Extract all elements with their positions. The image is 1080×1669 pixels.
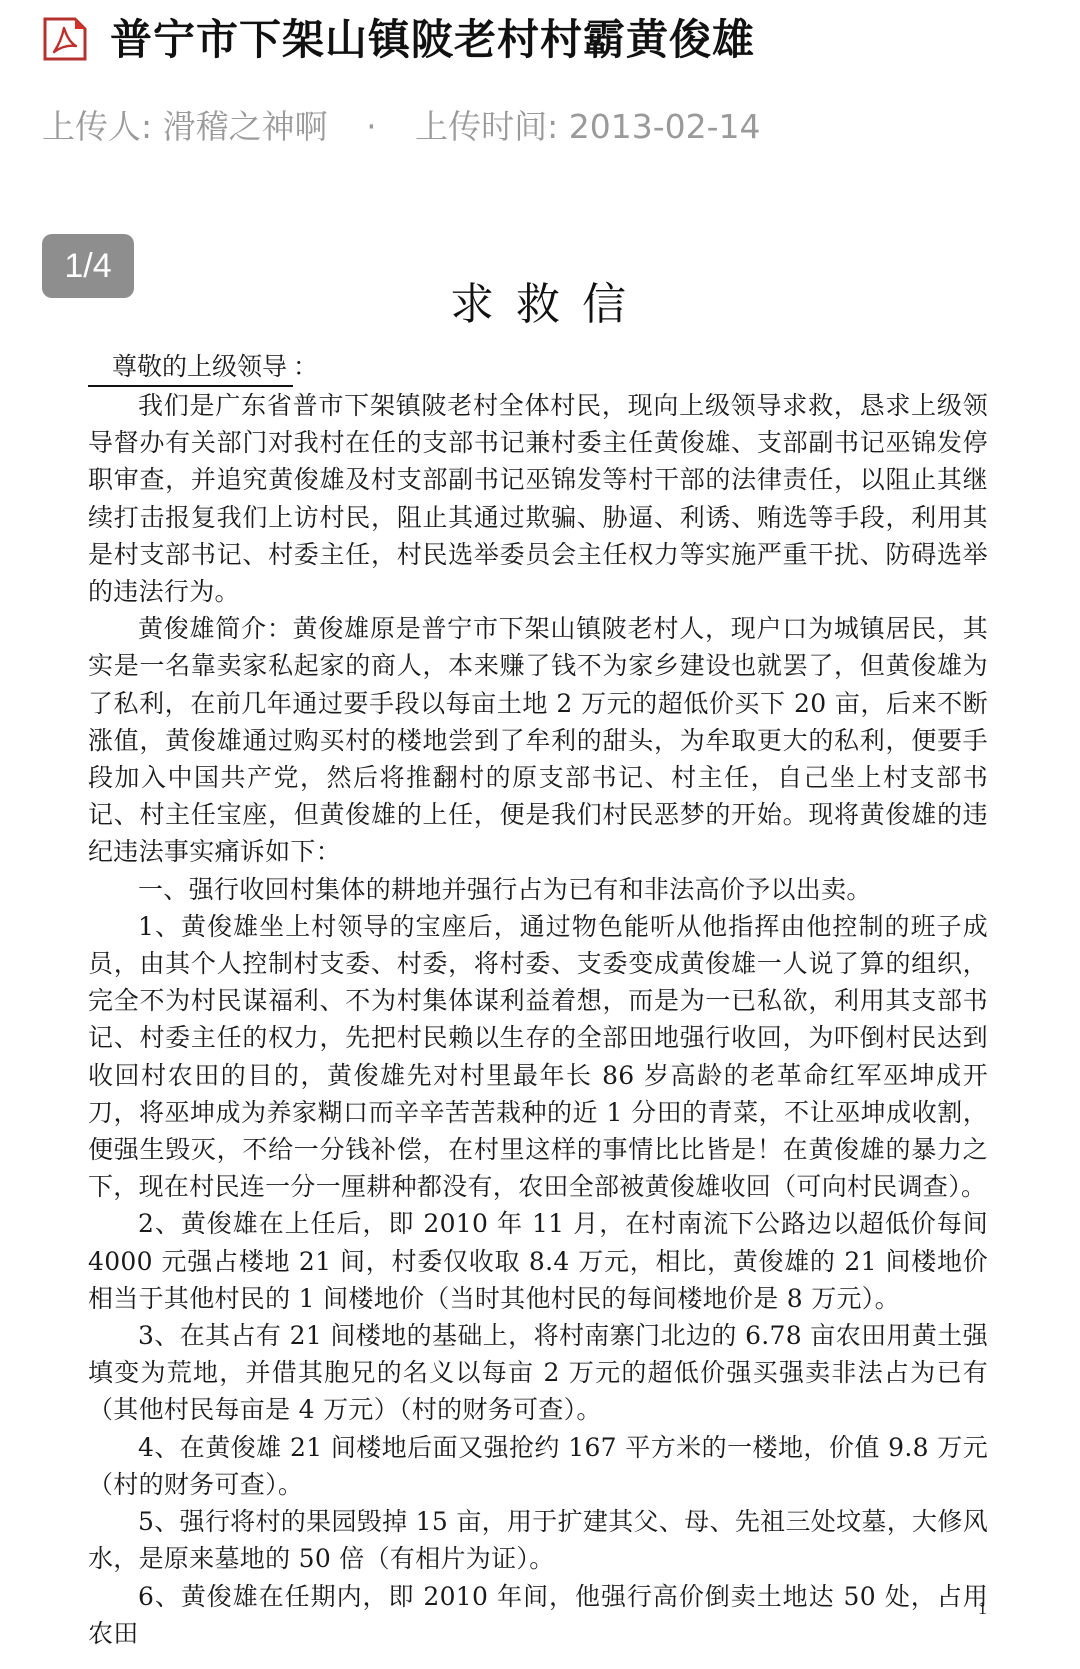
salutation: 尊敬的上级领导： [88,348,988,387]
document-title: 普宁市下架山镇陂老村村霸黄俊雄 [110,8,755,72]
salutation-colon: ： [293,352,318,381]
pdf-file-icon [42,16,88,62]
paragraph: 我们是广东省普市下架镇陂老村全体村民，现向上级领导求救，恳求上级领导督办有关部门… [88,387,988,610]
paragraph: 2、黄俊雄在上任后，即 2010 年 11 月，在村南流下公路边以超低价每间 4… [88,1205,988,1317]
paragraph: 5、强行将村的果园毁掉 15 亩，用于扩建其父、母、先祖三处坟墓，大修风水，是原… [88,1503,988,1577]
paragraph: 1、黄俊雄坐上村领导的宝座后，通过物色能听从他指挥由他控制的班子成员，由其个人控… [88,908,988,1206]
uploader-name[interactable]: 滑稽之神啊 [163,107,328,146]
salutation-text: 尊敬的上级领导 [88,348,293,387]
upload-time-label: 上传时间: [415,107,558,146]
document-header: 普宁市下架山镇陂老村村霸黄俊雄 上传人: 滑稽之神啊 · 上传时间: 2013-… [0,0,1080,200]
letter-title: 求救信 [110,270,988,340]
paragraph: 黄俊雄简介：黄俊雄原是普宁市下架山镇陂老村人，现户口为城镇居民，其实是一名靠卖家… [88,610,988,870]
upload-time: 2013-02-14 [569,107,761,146]
meta-separator: · [366,107,377,146]
uploader-label: 上传人: [42,107,152,146]
paragraph: 3、在其占有 21 间楼地的基础上，将村南寨门北边的 6.78 亩农田用黄土强填… [88,1317,988,1429]
section-heading: 一、强行收回村集体的耕地并强行占为已有和非法高价予以出卖。 [88,871,988,908]
paragraph: 4、在黄俊雄 21 间楼地后面又强抢约 167 平方米的一楼地，价值 9.8 万… [88,1429,988,1503]
paragraph: 6、黄俊雄在任期内，即 2010 年间，他强行高价倒卖土地达 50 处，占用农田 [88,1578,988,1652]
document-page: 求救信 尊敬的上级领导： 我们是广东省普市下架镇陂老村全体村民，现向上级领导求救… [88,270,988,1652]
page-number: 1 [978,1598,987,1619]
upload-meta: 上传人: 滑稽之神啊 · 上传时间: 2013-02-14 [42,102,761,152]
